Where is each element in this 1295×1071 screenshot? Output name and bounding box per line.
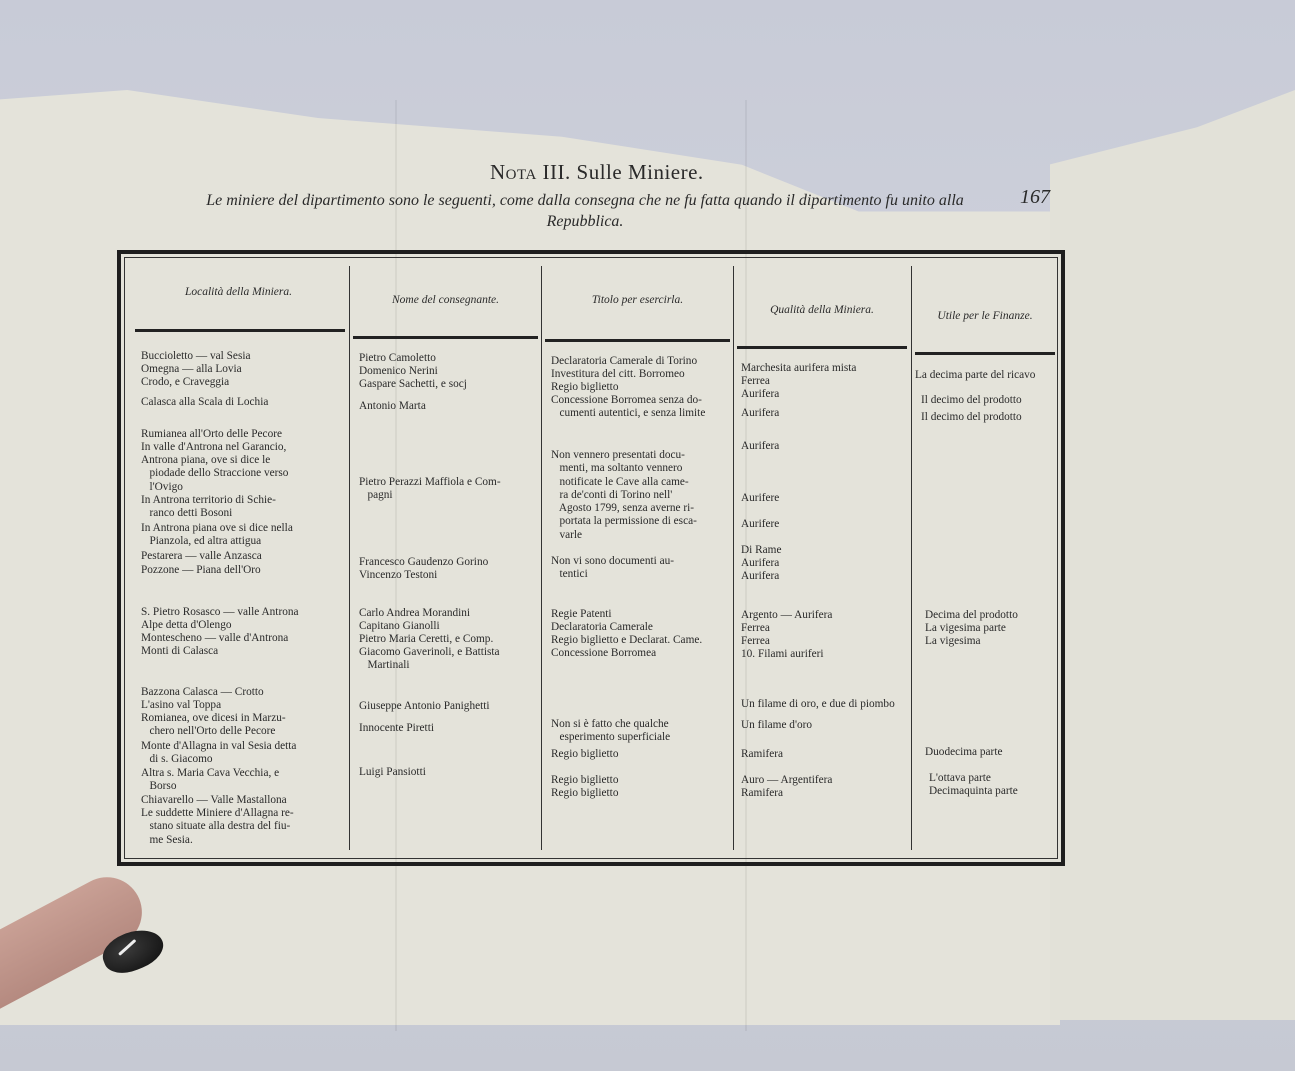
- consegnante-cell: Pietro Perazzi Maffiola e Com- pagni: [359, 476, 501, 503]
- localita-cell: Buccioletto — val Sesia: [141, 350, 251, 363]
- titolo-cell: Declaratoria Camerale di Torino: [551, 355, 697, 368]
- localita-cell: Chiavarello — Valle Mastallona: [141, 794, 287, 807]
- localita-cell: Alpe detta d'Olengo: [141, 619, 232, 632]
- localita-cell: Pestarera — valle Anzasca: [141, 550, 262, 563]
- qualita-cell: Ramifera: [741, 748, 783, 761]
- title-prefix: Nota: [490, 160, 537, 184]
- qualita-cell: Ferrea: [741, 375, 770, 388]
- qualita-cell: Aurifera: [741, 570, 779, 583]
- qualita-cell: Un filame di oro, e due di piombo: [741, 698, 895, 711]
- utile-cell: Il decimo del prodotto: [921, 394, 1022, 407]
- qualita-cell: Auro — Argentifera: [741, 774, 832, 787]
- localita-cell: Monti di Calasca: [141, 645, 218, 658]
- column-divider: [911, 266, 912, 850]
- localita-cell: In valle d'Antrona nel Garancio,: [141, 441, 286, 454]
- titolo-cell: Regio biglietto: [551, 774, 618, 787]
- localita-cell: Omegna — alla Lovia: [141, 363, 242, 376]
- localita-cell: In Antrona piana ove si dice nella Pianz…: [141, 522, 293, 549]
- qualita-cell: Marchesita aurifera mista: [741, 362, 856, 375]
- qualita-cell: Ferrea: [741, 635, 770, 648]
- column-divider: [349, 266, 350, 850]
- header-utile: Utile per le Finanze.: [915, 310, 1055, 322]
- qualita-cell: Aurifere: [741, 518, 779, 531]
- header-titolo: Titolo per esercirla.: [545, 294, 730, 306]
- localita-cell: Romianea, ove dicesi in Marzu- chero nel…: [141, 712, 286, 739]
- header-consegnante: Nome del consegnante.: [353, 294, 538, 306]
- localita-cell: In Antrona territorio di Schie- ranco de…: [141, 494, 276, 521]
- consegnante-cell: Innocente Piretti: [359, 722, 434, 735]
- utile-cell: Il decimo del prodotto: [921, 411, 1022, 424]
- titolo-cell: Regio biglietto e Declarat. Came.: [551, 634, 702, 647]
- localita-cell: Antrona piana, ove si dice le piodade de…: [141, 454, 288, 494]
- titolo-cell: Investitura del citt. Borromeo: [551, 368, 685, 381]
- localita-cell: Bazzona Calasca — Crotto: [141, 686, 264, 699]
- header-rule: [915, 352, 1055, 355]
- header-rule: [135, 329, 345, 332]
- utile-cell: La vigesima: [925, 635, 981, 648]
- localita-cell: S. Pietro Rosasco — valle Antrona: [141, 606, 299, 619]
- titolo-cell: Regio biglietto: [551, 748, 618, 761]
- consegnante-cell: Pietro Camoletto: [359, 352, 436, 365]
- header-rule: [545, 339, 730, 342]
- titolo-cell: Non vennero presentati docu- menti, ma s…: [551, 449, 697, 542]
- consegnante-cell: Gaspare Sachetti, e socj: [359, 378, 467, 391]
- mines-table: Località della Miniera. Nome del consegn…: [117, 250, 1065, 866]
- utile-cell: La vigesima parte: [925, 622, 1006, 635]
- header-localita: Località della Miniera.: [131, 286, 346, 298]
- titolo-cell: Non si è fatto che qualche esperimento s…: [551, 718, 670, 745]
- column-divider: [733, 266, 734, 850]
- qualita-cell: Aurifera: [741, 407, 779, 420]
- titolo-cell: Non vi sono documenti au- tentici: [551, 555, 674, 582]
- page-title: Nota III. Sulle Miniere.: [490, 160, 704, 185]
- document-sheet-right-panel: [1050, 90, 1295, 1020]
- titolo-cell: Concessione Borromea: [551, 647, 656, 660]
- qualita-cell: Aurifera: [741, 388, 779, 401]
- utile-cell: L'ottava parte: [929, 772, 991, 785]
- titolo-cell: Regio biglietto: [551, 381, 618, 394]
- utile-cell: La decima parte del ricavo: [915, 369, 1035, 382]
- localita-cell: Altra s. Maria Cava Vecchia, e Borso: [141, 767, 279, 794]
- localita-cell: Rumianea all'Orto delle Pecore: [141, 428, 282, 441]
- utile-cell: Duodecima parte: [925, 746, 1002, 759]
- utile-cell: Decima del prodotto: [925, 609, 1018, 622]
- localita-cell: Monte d'Allagna in val Sesia detta di s.…: [141, 740, 296, 767]
- localita-cell: Montescheno — valle d'Antrona: [141, 632, 288, 645]
- consegnante-cell: Giacomo Gaverinoli, e Battista Martinali: [359, 646, 500, 673]
- qualita-cell: Aurifera: [741, 557, 779, 570]
- consegnante-cell: Capitano Gianolli: [359, 620, 440, 633]
- titolo-cell: Concessione Borromea senza do- cumenti a…: [551, 394, 705, 421]
- qualita-cell: Ferrea: [741, 622, 770, 635]
- consegnante-cell: Francesco Gaudenzo Gorino: [359, 556, 488, 569]
- localita-cell: L'asino val Toppa: [141, 699, 221, 712]
- localita-cell: Calasca alla Scala di Lochia: [141, 396, 268, 409]
- header-rule: [737, 346, 907, 349]
- qualita-cell: Un filame d'oro: [741, 719, 812, 732]
- title-rest: III. Sulle Miniere.: [543, 160, 704, 184]
- qualita-cell: 10. Filami auriferi: [741, 648, 824, 661]
- titolo-cell: Regio biglietto: [551, 787, 618, 800]
- page-number: 167: [1020, 186, 1050, 209]
- intro-text: Le miniere del dipartimento sono le segu…: [170, 190, 1000, 232]
- consegnante-cell: Domenico Nerini: [359, 365, 438, 378]
- utile-cell: Decimaquinta parte: [929, 785, 1018, 798]
- header-rule: [353, 336, 538, 339]
- titolo-cell: Regie Patenti: [551, 608, 612, 621]
- qualita-cell: Di Rame: [741, 544, 781, 557]
- consegnante-cell: Giuseppe Antonio Panighetti: [359, 700, 490, 713]
- localita-cell: Le suddette Miniere d'Allagna re- stano …: [141, 807, 294, 847]
- header-qualita: Qualità della Miniera.: [737, 304, 907, 316]
- qualita-cell: Ramifera: [741, 787, 783, 800]
- column-divider: [541, 266, 542, 850]
- qualita-cell: Argento — Aurifera: [741, 609, 832, 622]
- consegnante-cell: Antonio Marta: [359, 400, 426, 413]
- qualita-cell: Aurifere: [741, 492, 779, 505]
- consegnante-cell: Pietro Maria Ceretti, e Comp.: [359, 633, 493, 646]
- qualita-cell: Aurifera: [741, 440, 779, 453]
- consegnante-cell: Carlo Andrea Morandini: [359, 607, 470, 620]
- localita-cell: Crodo, e Craveggia: [141, 376, 229, 389]
- titolo-cell: Declaratoria Camerale: [551, 621, 653, 634]
- consegnante-cell: Vincenzo Testoni: [359, 569, 437, 582]
- consegnante-cell: Luigi Pansiotti: [359, 766, 426, 779]
- pointing-finger: [0, 930, 170, 1071]
- localita-cell: Pozzone — Piana dell'Oro: [141, 564, 261, 577]
